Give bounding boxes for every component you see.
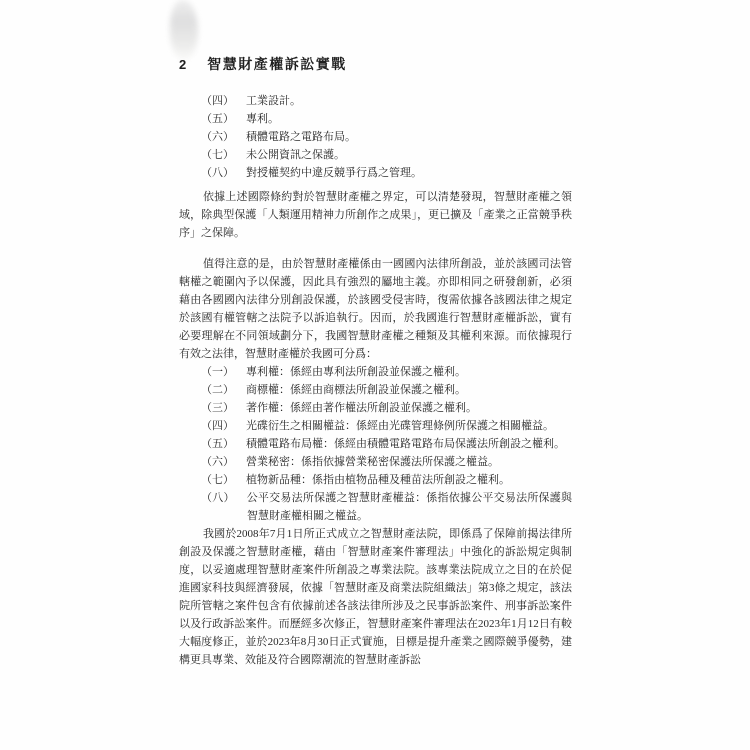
list-item-text: 工業設計。	[246, 95, 301, 107]
list-item-text: 公平交易法所保護之智慧財產權益：係指依據公平交易法所保護與智慧財產權相關之權益。	[247, 492, 572, 522]
list-item-number: （六）	[201, 456, 234, 468]
list-item: （七）植物新品種：係指由植物品種及種苗法所創設之權利。	[179, 471, 572, 489]
list-item-number: （一）	[201, 366, 234, 378]
page-number: 2	[179, 57, 186, 72]
list-item-number: （二）	[201, 384, 234, 396]
list-item: （四）光碟衍生之相關權益：係經由光碟管理條例所保護之相關權益。	[179, 417, 572, 435]
list-item: （五）專利。	[179, 110, 572, 128]
list-item-number: （四）	[201, 95, 234, 107]
list-item-number: （三）	[201, 402, 234, 414]
list-item-text: 專利。	[246, 113, 279, 125]
list-item: （八）對授權契約中違反競爭行爲之管理。	[179, 164, 572, 182]
book-page: 2 智慧財產權訴訟實戰 （四）工業設計。 （五）專利。 （六）積體電路之電路布局…	[0, 0, 750, 750]
list-item: （五）積體電路布局權：係經由積體電路電路布局保護法所創設之權利。	[179, 435, 572, 453]
list-item-text: 積體電路布局權：係經由積體電路電路布局保護法所創設之權利。	[246, 438, 565, 450]
paragraph-territoriality: 值得注意的是，由於智慧財產權係由一國國內法律所創設，並於該國司法管轄權之範圍內予…	[179, 255, 572, 363]
list-item: （二）商標權：係經由商標法所創設並保護之權利。	[179, 381, 572, 399]
scan-artifact-smudge	[170, 0, 198, 60]
list-item-number: （七）	[201, 474, 234, 486]
list-item: （六）營業秘密：係指依據營業秘密保護法所保護之權益。	[179, 453, 572, 471]
list-item-number: （五）	[201, 438, 234, 450]
list-item-text: 植物新品種：係指由植物品種及種苗法所創設之權利。	[246, 474, 510, 486]
list-item: （一）專利權：係經由專利法所創設並保護之權利。	[179, 363, 572, 381]
paragraph-ip-court: 我國於2008年7月1日所正式成立之智慧財產法院，即係爲了保障前揭法律所創設及保…	[179, 525, 572, 669]
page-content: （四）工業設計。 （五）專利。 （六）積體電路之電路布局。 （七）未公開資訊之保…	[179, 92, 572, 669]
list-item-text: 專利權：係經由專利法所創設並保護之權利。	[246, 366, 466, 378]
page-header: 2 智慧財產權訴訟實戰	[179, 54, 347, 74]
ip-types-list: （一）專利權：係經由專利法所創設並保護之權利。 （二）商標權：係經由商標法所創設…	[179, 363, 572, 525]
list-item-text: 著作權：係經由著作權法所創設並保護之權利。	[246, 402, 477, 414]
list-item-text: 積體電路之電路布局。	[246, 131, 356, 143]
list-item: （七）未公開資訊之保護。	[179, 146, 572, 164]
list-item-number: （八）	[201, 492, 235, 504]
treaty-protection-list: （四）工業設計。 （五）專利。 （六）積體電路之電路布局。 （七）未公開資訊之保…	[179, 92, 572, 182]
list-item: （八）公平交易法所保護之智慧財產權益：係指依據公平交易法所保護與智慧財產權相關之…	[179, 489, 572, 525]
list-item: （六）積體電路之電路布局。	[179, 128, 572, 146]
list-item-number: （五）	[201, 113, 234, 125]
list-item-text: 商標權：係經由商標法所創設並保護之權利。	[246, 384, 466, 396]
book-title: 智慧財產權訴訟實戰	[207, 54, 347, 74]
list-item-text: 光碟衍生之相關權益：係經由光碟管理條例所保護之相關權益。	[246, 420, 554, 432]
paragraph-treaty-conclusion: 依據上述國際條約對於智慧財產權之界定，可以清楚發現，智慧財產權之領域，除典型保護…	[179, 188, 572, 242]
list-item-text: 營業秘密：係指依據營業秘密保護法所保護之權益。	[246, 456, 499, 468]
list-item-number: （八）	[201, 167, 234, 179]
list-item: （三）著作權：係經由著作權法所創設並保護之權利。	[179, 399, 572, 417]
list-item: （四）工業設計。	[179, 92, 572, 110]
list-item-text: 未公開資訊之保護。	[246, 149, 345, 161]
list-item-number: （七）	[201, 149, 234, 161]
list-item-number: （四）	[201, 420, 234, 432]
list-item-text: 對授權契約中違反競爭行爲之管理。	[246, 167, 422, 179]
list-item-number: （六）	[201, 131, 234, 143]
